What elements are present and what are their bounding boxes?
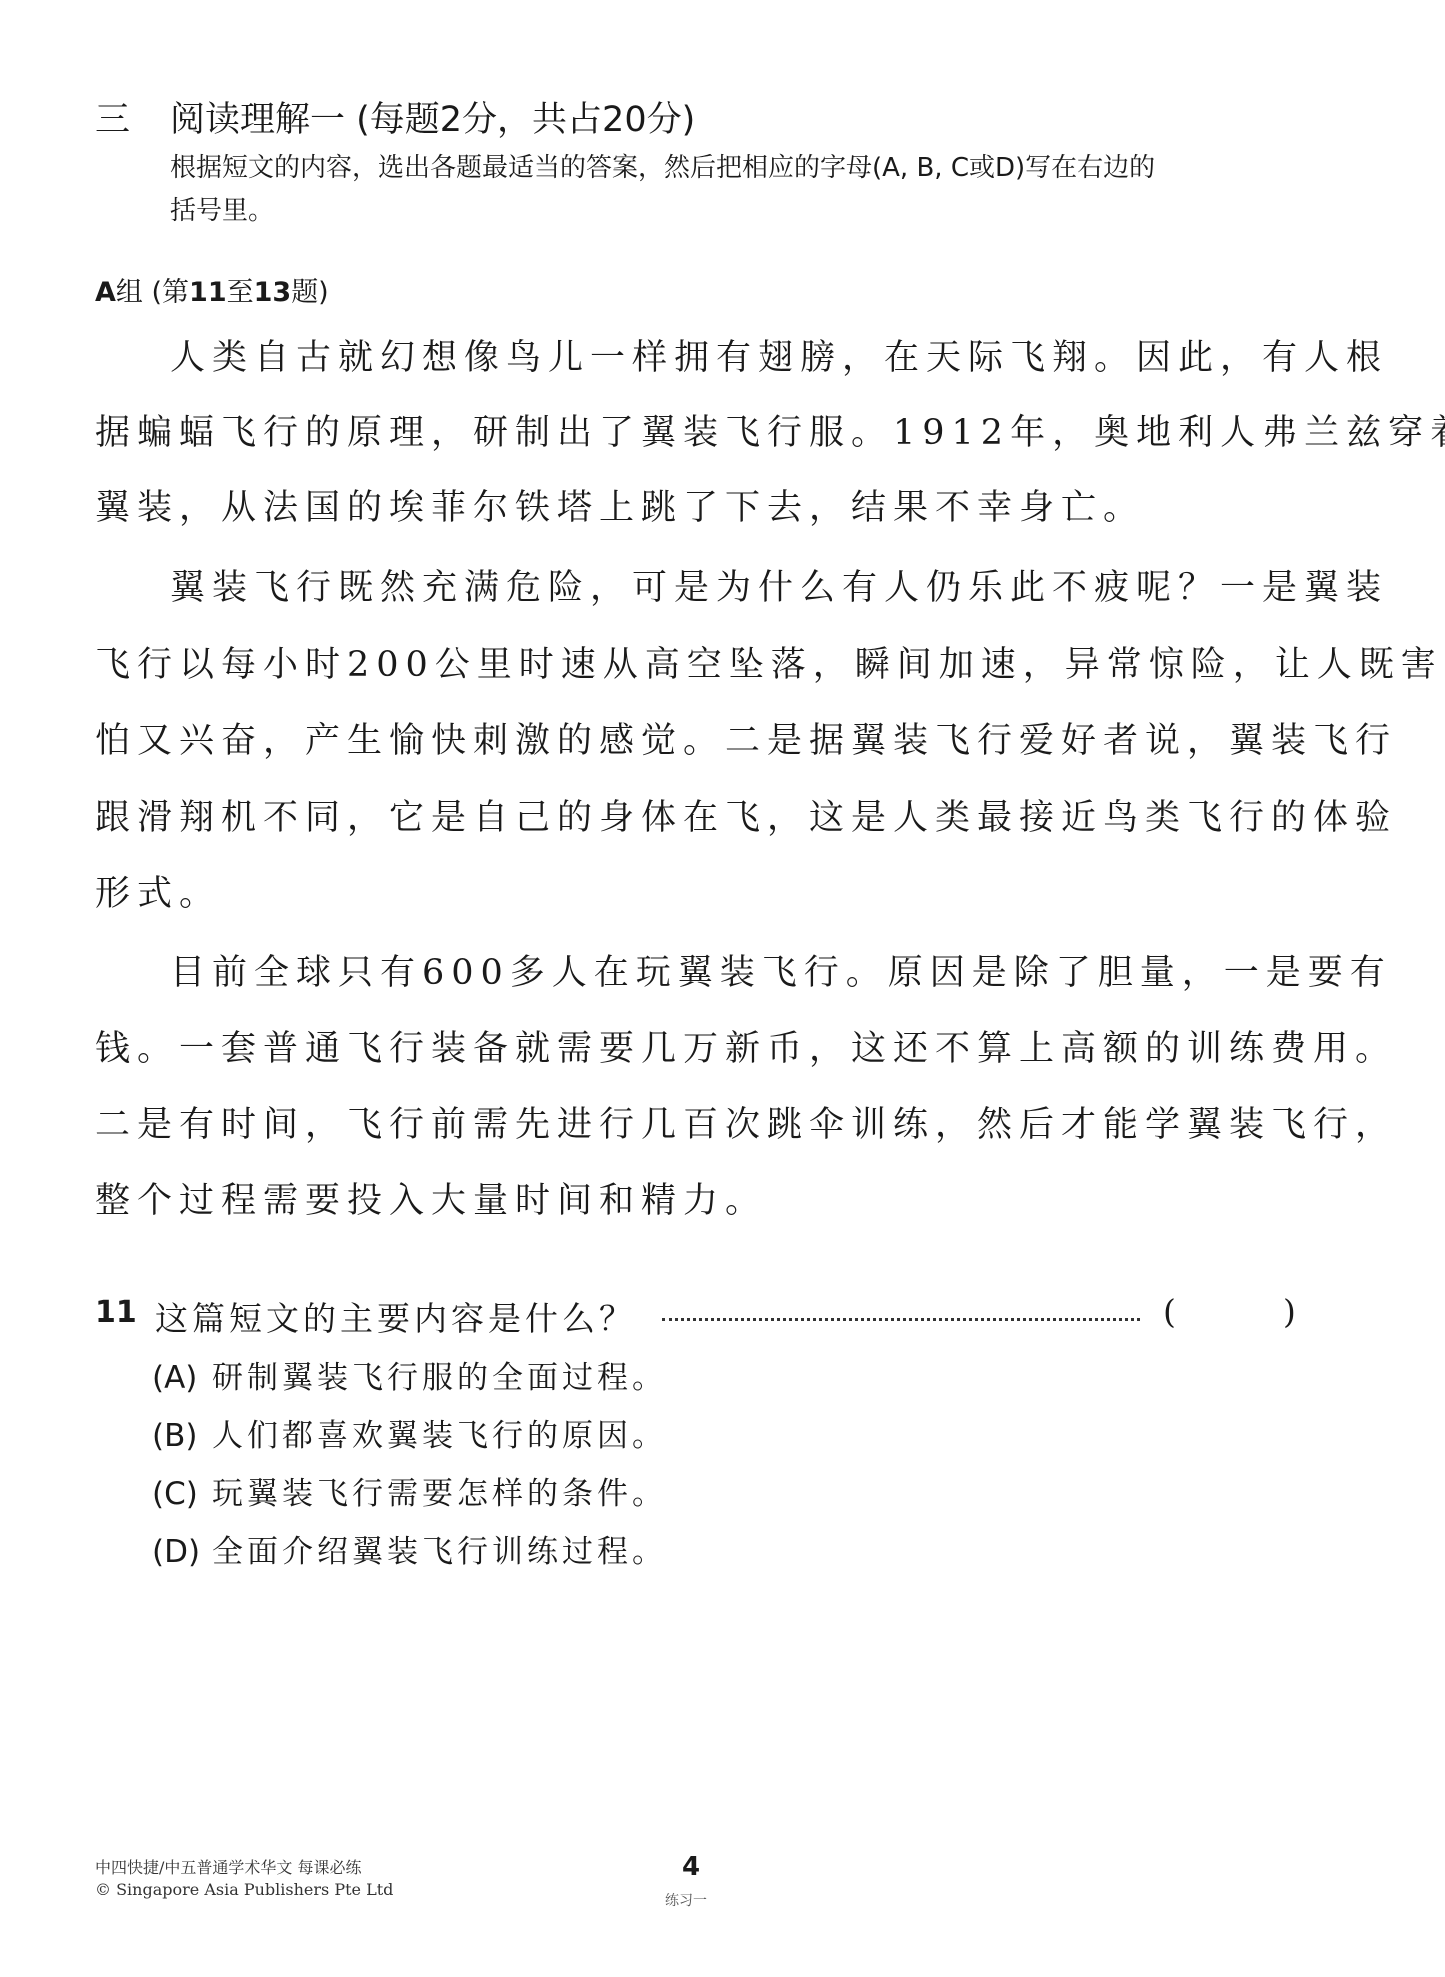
footer-copyright: © Singapore Asia Publishers Pte Ltd bbox=[95, 1880, 393, 1899]
passage-line: 钱。一套普通飞行装备就需要几万新币，这还不算上高额的训练费用。 bbox=[95, 1021, 1397, 1071]
option-letter: (B) bbox=[152, 1418, 212, 1454]
answer-blank[interactable] bbox=[1185, 1292, 1280, 1332]
passage-line: 怕又兴奋，产生愉快刺激的感觉。二是据翼装飞行爱好者说，翼装飞行 bbox=[95, 713, 1397, 763]
group-text: 组 (第 bbox=[116, 277, 189, 308]
exercise-label: 练习一 bbox=[665, 1890, 707, 1910]
passage-line: 据蝙蝠飞行的原理，研制出了翼装飞行服。1912年，奥地利人弗兰兹穿着 bbox=[95, 405, 1445, 455]
option-letter: (D) bbox=[152, 1534, 212, 1570]
option-d[interactable]: (D)全面介绍翼装飞行训练过程。 bbox=[152, 1526, 667, 1571]
passage-line: 形式。 bbox=[95, 866, 221, 916]
dotted-leader bbox=[662, 1318, 1140, 1321]
group-label: A组 (第11至13题) bbox=[95, 270, 329, 309]
page-number: 4 bbox=[682, 1852, 700, 1882]
section-title: 阅读理解一 (每题2分，共占20分) bbox=[170, 92, 695, 142]
footer-book-title: 中四快捷/中五普通学术华文 每课必练 bbox=[95, 1855, 361, 1878]
option-c[interactable]: (C)玩翼装飞行需要怎样的条件。 bbox=[152, 1468, 667, 1513]
question-text: 这篇短文的主要内容是什么？ bbox=[155, 1293, 636, 1340]
group-letter: A bbox=[95, 277, 116, 308]
group-start: 11 bbox=[189, 277, 227, 308]
passage-line: 二是有时间，飞行前需先进行几百次跳伞训练，然后才能学翼装飞行， bbox=[95, 1097, 1397, 1147]
passage-line: 翼装飞行既然充满危险，可是为什么有人仍乐此不疲呢？一是翼装 bbox=[170, 560, 1388, 610]
option-b[interactable]: (B)人们都喜欢翼装飞行的原因。 bbox=[152, 1410, 667, 1455]
answer-paren-open: ( bbox=[1163, 1292, 1176, 1331]
section-number: 三 bbox=[95, 92, 130, 142]
option-letter: (A) bbox=[152, 1360, 212, 1396]
passage-line: 人类自古就幻想像鸟儿一样拥有翅膀，在天际飞翔。因此，有人根 bbox=[170, 330, 1388, 380]
instructions-line-1: 根据短文的内容，选出各题最适当的答案，然后把相应的字母(A, B, C或D)写在… bbox=[170, 147, 1155, 184]
group-suffix: 题) bbox=[291, 277, 329, 308]
option-text: 研制翼装飞行服的全面过程。 bbox=[212, 1360, 667, 1396]
option-text: 人们都喜欢翼装飞行的原因。 bbox=[212, 1418, 667, 1454]
group-middle: 至 bbox=[227, 277, 254, 308]
passage-line: 跟滑翔机不同，它是自己的身体在飞，这是人类最接近鸟类飞行的体验 bbox=[95, 790, 1397, 840]
group-end: 13 bbox=[254, 277, 292, 308]
passage-line: 飞行以每小时200公里时速从高空坠落，瞬间加速，异常惊险，让人既害 bbox=[95, 637, 1443, 687]
instructions-line-2: 括号里。 bbox=[170, 190, 274, 227]
answer-paren-close: ) bbox=[1283, 1292, 1296, 1331]
option-text: 玩翼装飞行需要怎样的条件。 bbox=[212, 1476, 667, 1512]
question-number: 11 bbox=[95, 1295, 137, 1330]
passage-line: 目前全球只有600多人在玩翼装飞行。原因是除了胆量，一是要有 bbox=[170, 945, 1392, 995]
passage-line: 翼装，从法国的埃菲尔铁塔上跳了下去，结果不幸身亡。 bbox=[95, 480, 1145, 530]
passage-line: 整个过程需要投入大量时间和精力。 bbox=[95, 1173, 767, 1223]
option-a[interactable]: (A)研制翼装飞行服的全面过程。 bbox=[152, 1352, 667, 1397]
option-letter: (C) bbox=[152, 1476, 212, 1512]
option-text: 全面介绍翼装飞行训练过程。 bbox=[212, 1534, 667, 1570]
